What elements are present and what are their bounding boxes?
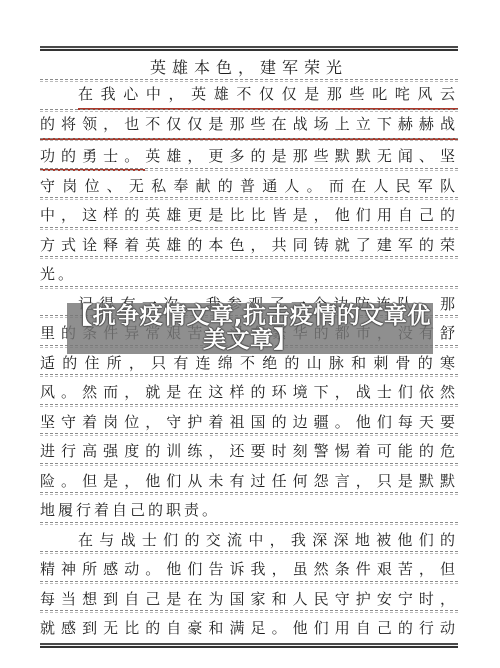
essay-line: 方式诠释着英雄的本色，共同铸就了建军的荣 — [40, 230, 458, 260]
essay-line-underlined-part: 功的勇士。 — [40, 147, 145, 171]
essay-line: 在我心中，英雄不仅仅是那些叱咤风云 — [40, 82, 458, 112]
essay-line-text: 地履行着自己的职责。 — [40, 499, 220, 520]
essay-line-text: 坚守着岗位，守护着祖国的边疆。他们每天要 — [40, 411, 458, 432]
essay-line: 地履行着自己的职责。 — [40, 495, 458, 525]
essay-line-rest: 英雄，更多的是那些默默无闻、坚 — [145, 147, 458, 165]
essay-line: 每当想到自己是在为国家和人民守护安宁时， — [40, 584, 458, 614]
essay-page: 英雄本色，建军荣光 在我心中，英雄不仅仅是那些叱咤风云 的将领，也不仅仅是那些在… — [0, 0, 500, 668]
essay-line-text: 功的勇士。英雄，更多的是那些默默无闻、坚 — [40, 145, 458, 166]
essay-title: 英雄本色，建军荣光 — [40, 51, 458, 82]
essay-line: 中，这样的英雄更是比比皆是，他们用自己的 — [40, 200, 458, 230]
essay-line-text: 险。但是，他们从未有过任何怨言，只是默默 — [40, 470, 458, 491]
essay-title-text: 英雄本色，建军荣光 — [150, 55, 348, 78]
essay-line-text: 守岗位、无私奉献的普通人。而在人民军队 — [40, 175, 458, 196]
essay-line: 在与战士们的交流中，我深深地被他们的 — [40, 525, 458, 555]
essay-line: 的将领，也不仅仅是那些在战场上立下赫赫战 — [40, 112, 458, 142]
essay-line: 风。然而，就是在这样的环境下，战士们依然 — [40, 377, 458, 407]
essay-line: 就感到无比的自豪和满足。他们用自己的行动 — [40, 613, 458, 643]
essay-line: 功的勇士。英雄，更多的是那些默默无闻、坚 — [40, 141, 458, 171]
essay-line: 守岗位、无私奉献的普通人。而在人民军队 — [40, 171, 458, 201]
watermark-overlay: 【抗争疫情文章,抗击疫情的文章优美文章】 — [67, 303, 433, 354]
essay-line-text: 在我心中，英雄不仅仅是那些叱咤风云 — [78, 83, 458, 110]
bottom-frame-line — [40, 643, 458, 648]
essay-line-text: 风。然而，就是在这样的环境下，战士们依然 — [40, 381, 458, 402]
essay-line: 精神所感动。他们告诉我，虽然条件艰苦，但 — [40, 554, 458, 584]
essay-line-text: 就感到无比的自豪和满足。他们用自己的行动 — [40, 617, 458, 638]
essay-line-text: 适的住所，只有连绵不绝的山脉和刺骨的寒 — [40, 352, 458, 373]
essay-line: 险。但是，他们从未有过任何怨言，只是默默 — [40, 466, 458, 496]
watermark-text: 【抗争疫情文章,抗击疫情的文章优美文章】 — [69, 303, 431, 353]
essay-line-text: 的将领，也不仅仅是那些在战场上立下赫赫战 — [40, 113, 458, 140]
essay-line-text: 方式诠释着英雄的本色，共同铸就了建军的荣 — [40, 234, 458, 255]
essay-line-text: 中，这样的英雄更是比比皆是，他们用自己的 — [40, 204, 458, 225]
essay-line-text: 光。 — [40, 263, 76, 284]
essay-line-text: 每当想到自己是在为国家和人民守护安宁时， — [40, 588, 458, 609]
essay-line-text: 精神所感动。他们告诉我，虽然条件艰苦，但 — [40, 558, 458, 579]
essay-line-text: 在与战士们的交流中，我深深地被他们的 — [78, 529, 458, 550]
essay-line-text: 进行高强度的训练，还要时刻警惕着可能的危 — [40, 440, 458, 461]
essay-line: 进行高强度的训练，还要时刻警惕着可能的危 — [40, 436, 458, 466]
essay-line: 光。 — [40, 259, 458, 289]
essay-line: 坚守着岗位，守护着祖国的边疆。他们每天要 — [40, 407, 458, 437]
